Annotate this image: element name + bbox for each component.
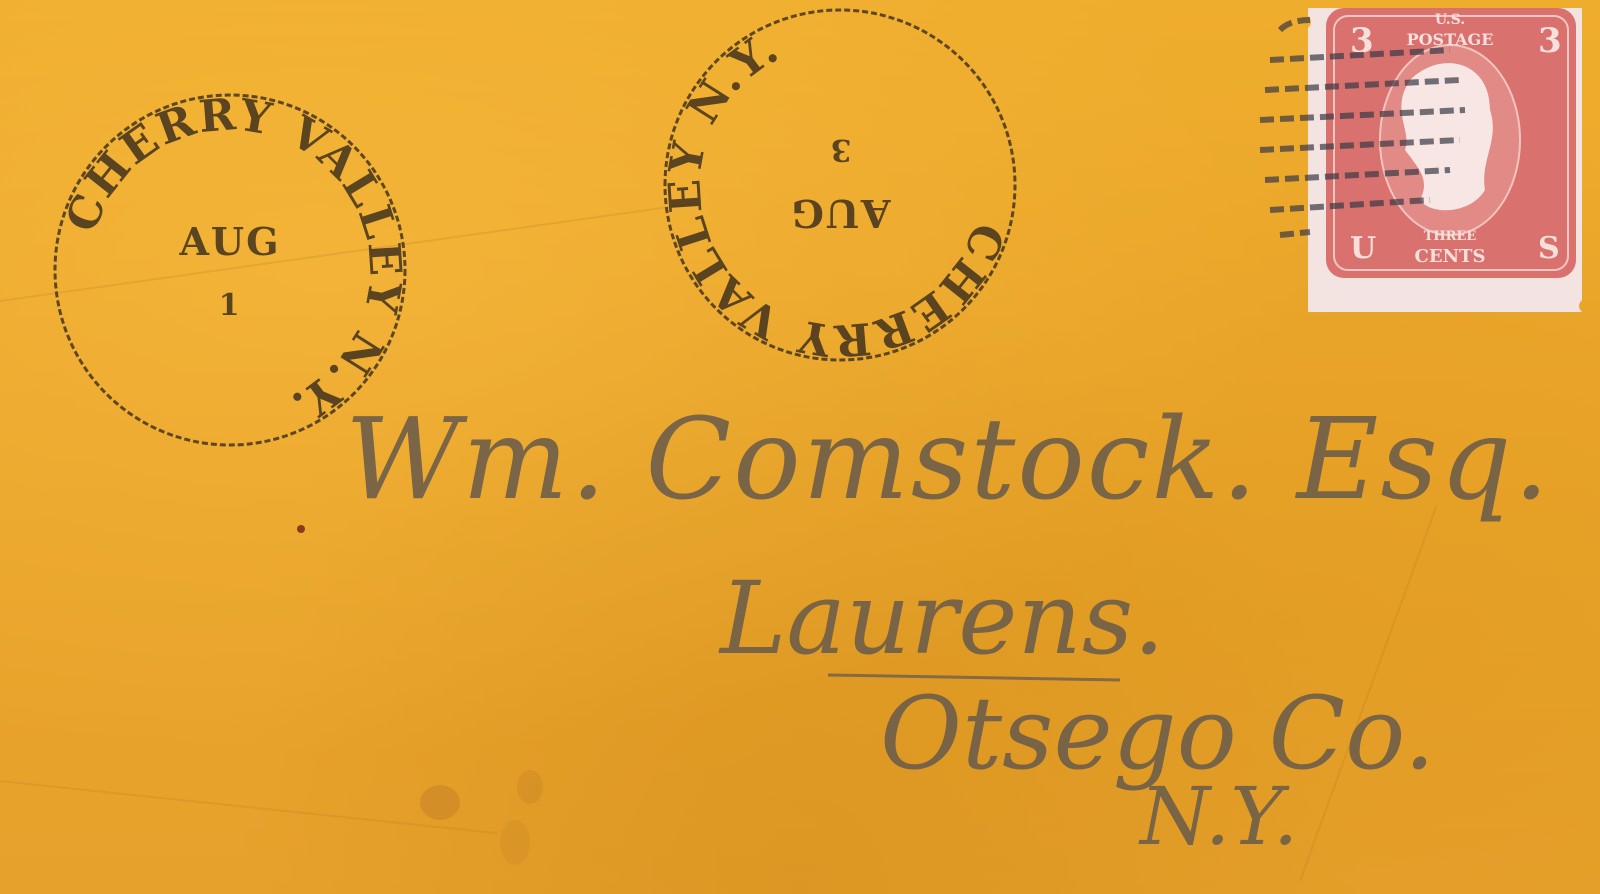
stamp-bottom-right: S <box>1538 231 1560 266</box>
address-town: Laurens. <box>720 560 1165 677</box>
grid-cancel-icon <box>1250 0 1480 260</box>
envelope: CHERRY VALLEY N.Y. AUG 1 CHERRY VALLEY N… <box>0 0 1600 894</box>
address-recipient: Wm. Comstock. Esq. <box>345 395 1551 525</box>
address-state: N.Y. <box>1140 770 1298 863</box>
postmark-2-month: AUG <box>789 191 891 236</box>
stain <box>297 525 305 533</box>
stain <box>420 785 460 820</box>
postmark-2: CHERRY VALLEY N.Y. AUG 3 <box>660 5 1020 365</box>
postmark-1-day: 1 <box>219 288 242 323</box>
postmark-2-day: 3 <box>829 132 852 167</box>
stamp-corner-value-right: 3 <box>1538 21 1562 61</box>
stain <box>517 770 543 804</box>
postmark-1-month: AUG <box>178 219 280 264</box>
stain <box>500 820 530 865</box>
